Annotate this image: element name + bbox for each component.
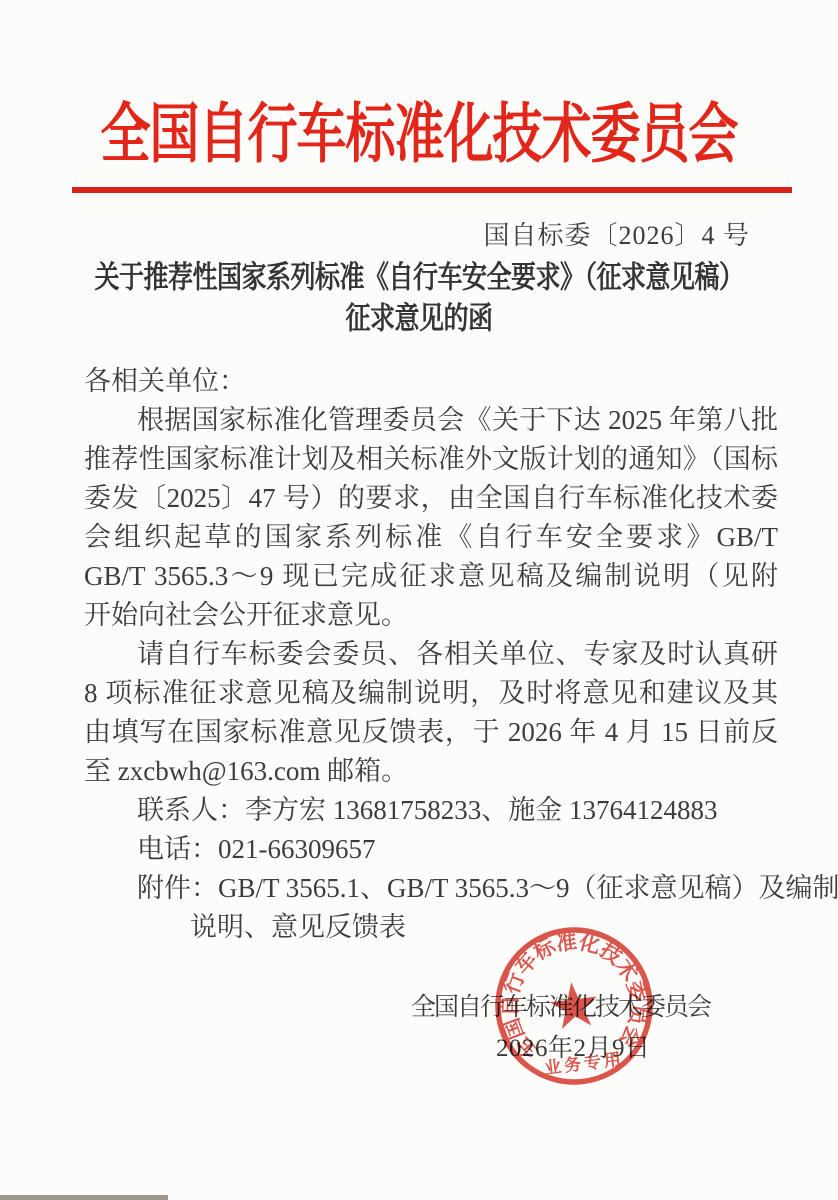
subject-line-2: 征求意见的函 <box>0 294 838 344</box>
salutation: 各相关单位： <box>84 362 778 401</box>
body-line: 开始向社会公开征求意见。 <box>84 596 778 635</box>
body-line: 委发〔2025〕47 号）的要求，由全国自行车标准化技术委员 <box>84 479 778 518</box>
doc-number: 国自标委〔2026〕4 号 <box>483 221 750 251</box>
body-line: 根据国家标准化管理委员会《关于下达 2025 年第八批 <box>84 401 778 440</box>
document-page: 全国自行车标准化技术委员会 国自标委〔2026〕4 号 关于推荐性国家系列标准《… <box>0 0 838 1200</box>
phone-line: 电话：021-66309657 <box>84 830 778 869</box>
body-flow: 各相关单位： 根据国家标准化管理委员会《关于下达 2025 年第八批 推荐性国家… <box>84 362 778 947</box>
body-line: 至 zxcbwh@163.com 邮箱。 <box>84 752 778 791</box>
attachment-line-2: 说明、意见反馈表 <box>84 908 778 947</box>
body-line: 推荐性国家标准计划及相关标准外文版计划的通知》（国标 <box>84 440 778 479</box>
official-seal: 全国自行车标准化技术委员会 ★ 业务专用 <box>476 908 672 1104</box>
letterhead-title: 全国自行车标准化技术委员会 <box>101 87 738 181</box>
body-line: GB/T 3565.3～9 现已完成征求意见稿及编制说明（见附件）， <box>84 557 778 596</box>
letterhead: 全国自行车标准化技术委员会 <box>0 98 838 170</box>
body-line: 8 项标准征求意见稿及编制说明，及时将意见和建议及其理 <box>84 674 778 713</box>
body-line: 请自行车标委会委员、各相关单位、专家及时认真研读 <box>84 635 778 674</box>
scan-edge-artifact <box>0 1195 168 1200</box>
letterhead-rule <box>72 187 792 193</box>
subject-title: 关于推荐性国家系列标准《自行车安全要求》（征求意见稿） 征求意见的函 <box>0 258 838 340</box>
contact-person-line: 联系人：李方宏 13681758233、施金 13764124883 <box>84 791 778 830</box>
body-line: 会组织起草的国家系列标准《自行车安全要求》GB/T 3565.1、 <box>84 518 778 557</box>
attachment-line-1: 附件：GB/T 3565.1、GB/T 3565.3～9（征求意见稿）及编制 <box>84 869 778 908</box>
seal-star-icon: ★ <box>542 966 606 1045</box>
body-line: 由填写在国家标准意见反馈表，于 2026 年 4 月 15 日前反馈 <box>84 713 778 752</box>
